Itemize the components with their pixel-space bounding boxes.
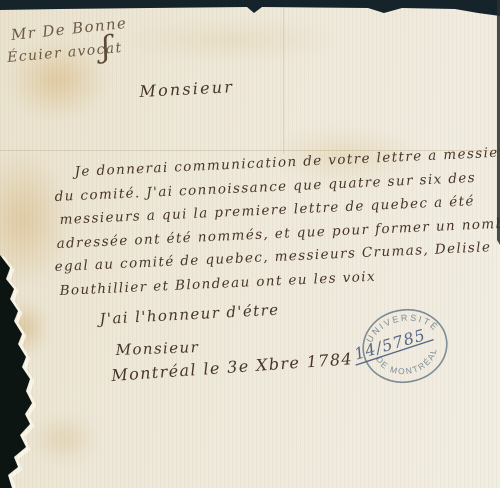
salutation: Monsieur — [139, 77, 235, 101]
fold-crease — [283, 8, 284, 154]
paper-stain — [0, 300, 48, 356]
torn-edge-dark — [0, 255, 32, 488]
closing-address: Monsieur — [115, 338, 199, 359]
scanned-letter: Mr De Bonne Écuier avocat ʃ Monsieur Je … — [0, 0, 500, 488]
stamp-accession-number: 14/5785 — [352, 325, 428, 364]
torn-edge-fibers — [2, 257, 34, 488]
library-stamp: UNIVERSITÉ DE MONTRÉAL 14/5785 — [348, 296, 466, 400]
paper-stain — [120, 20, 340, 60]
paper-stain — [28, 414, 98, 464]
top-edge-shadow — [0, 0, 500, 16]
paraph-flourish: ʃ — [101, 29, 113, 65]
letter-line: Bouthillier et Blondeau ont eu les voix — [59, 269, 376, 299]
closing-formula: J'ai l'honneur d'étre — [99, 301, 280, 328]
